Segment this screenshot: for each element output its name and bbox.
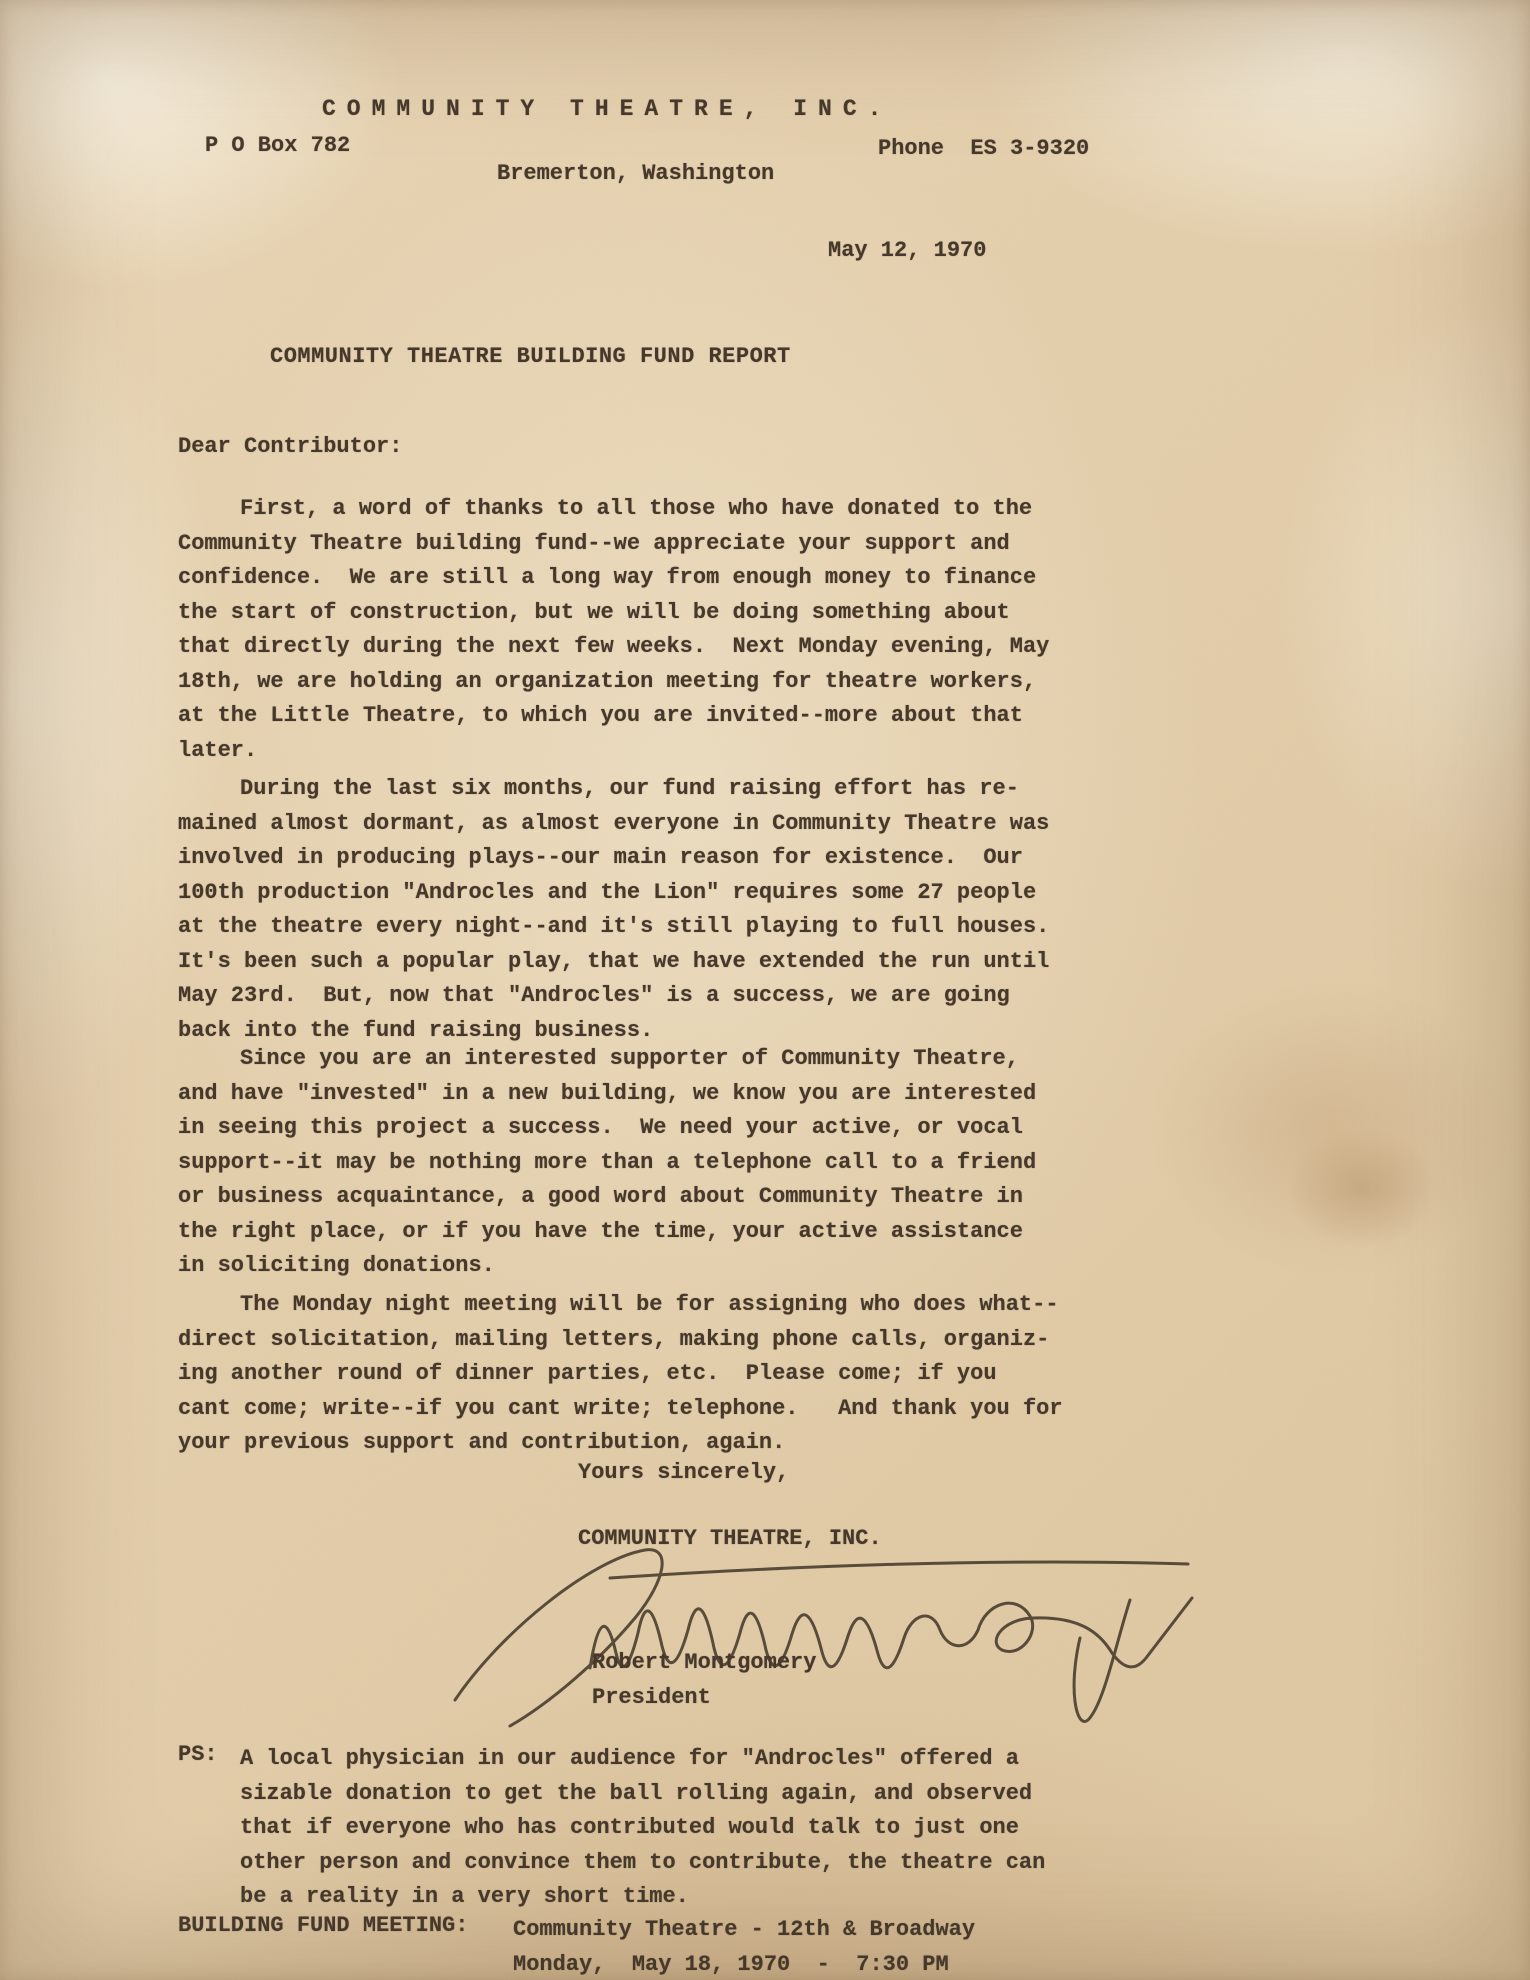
letterhead-po-box: P O Box 782 [205,133,350,159]
postscript-label: PS: [178,1742,218,1768]
postscript-text: A local physician in our audience for "A… [240,1742,1045,1915]
text-line: Community Theatre - 12th & Broadway [513,1913,975,1948]
text-line: the start of construction, but we will b… [178,596,1049,631]
body-paragraph-2: During the last six months, our fund rai… [178,772,1049,1048]
text-line: mained almost dormant, as almost everyon… [178,807,1049,842]
text-line: that directly during the next few weeks.… [178,630,1049,665]
text-line: The Monday night meeting will be for ass… [178,1288,1063,1323]
meeting-notice-details: Community Theatre - 12th & BroadwayMonda… [513,1913,975,1980]
text-line: later. [178,734,1049,769]
letter-page: COMMUNITY THEATRE, INC. P O Box 782 Phon… [0,0,1530,1980]
text-line: and have "invested" in a new building, w… [178,1077,1036,1112]
text-line: at the theatre every night--and it's sti… [178,910,1049,945]
text-line: ing another round of dinner parties, etc… [178,1357,1063,1392]
subject-line: COMMUNITY THEATRE BUILDING FUND REPORT [270,344,791,370]
text-line: support--it may be nothing more than a t… [178,1146,1036,1181]
text-line: First, a word of thanks to all those who… [178,492,1049,527]
text-line: A local physician in our audience for "A… [240,1742,1045,1777]
text-line: 18th, we are holding an organization mee… [178,665,1049,700]
text-line: confidence. We are still a long way from… [178,561,1049,596]
text-line: or business acquaintance, a good word ab… [178,1180,1036,1215]
text-line: involved in producing plays--our main re… [178,841,1049,876]
signer-name: Robert Montgomery [592,1650,816,1676]
text-line: cant come; write--if you cant write; tel… [178,1392,1063,1427]
letterhead-phone: Phone ES 3-9320 [878,136,1089,162]
signer-title: President [592,1685,711,1711]
text-line: other person and convince them to contri… [240,1846,1045,1881]
signature [440,1538,1200,1738]
text-line: It's been such a popular play, that we h… [178,945,1049,980]
meeting-notice-label: BUILDING FUND MEETING: [178,1913,468,1939]
text-line: May 23rd. But, now that "Androcles" is a… [178,979,1049,1014]
text-line: be a reality in a very short time. [240,1880,1045,1915]
letter-date: May 12, 1970 [828,238,986,264]
text-line: 100th production "Androcles and the Lion… [178,876,1049,911]
text-line: Since you are an interested supporter of… [178,1042,1036,1077]
body-paragraph-1: First, a word of thanks to all those who… [178,492,1049,768]
text-line: During the last six months, our fund rai… [178,772,1049,807]
letterhead-org-name: COMMUNITY THEATRE, INC. [322,96,892,122]
text-line: sizable donation to get the ball rolling… [240,1777,1045,1812]
salutation: Dear Contributor: [178,434,402,460]
text-line: direct solicitation, mailing letters, ma… [178,1323,1063,1358]
text-line: Monday, May 18, 1970 - 7:30 PM [513,1948,975,1980]
text-line: the right place, or if you have the time… [178,1215,1036,1250]
text-line: at the Little Theatre, to which you are … [178,699,1049,734]
text-line: in soliciting donations. [178,1249,1036,1284]
letterhead-city: Bremerton, Washington [497,161,774,187]
body-paragraph-4: The Monday night meeting will be for ass… [178,1288,1063,1461]
text-line: in seeing this project a success. We nee… [178,1111,1036,1146]
text-line: Community Theatre building fund--we appr… [178,527,1049,562]
body-paragraph-3: Since you are an interested supporter of… [178,1042,1036,1284]
text-line: that if everyone who has contributed wou… [240,1811,1045,1846]
valediction: Yours sincerely, [578,1460,789,1486]
text-line: your previous support and contribution, … [178,1426,1063,1461]
